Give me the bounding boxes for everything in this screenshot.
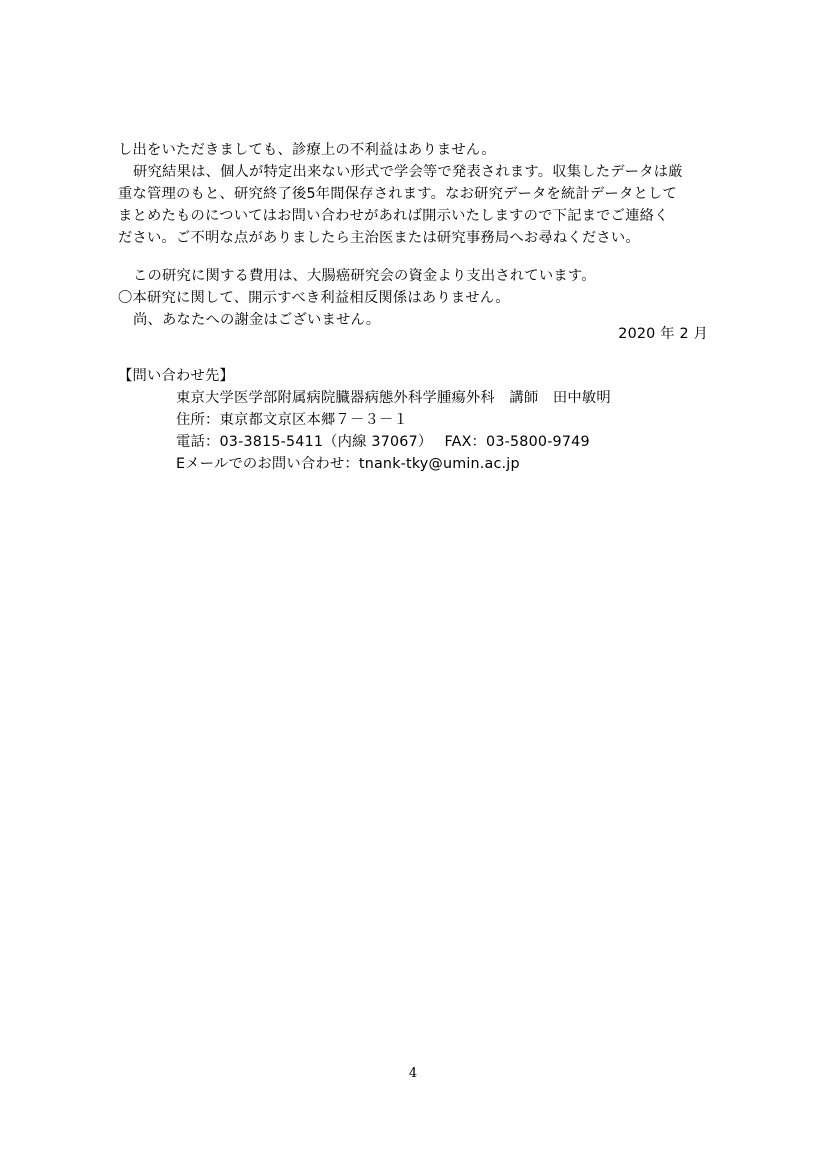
contact-address: 住所：東京都文京区本郷７－３－１ xyxy=(176,409,408,431)
results-paragraph-line: ださい。ご不明な点がありましたら主治医または研究事務局へお尋ねください。 xyxy=(118,227,640,249)
results-paragraph-line: まとめたものについてはお問い合わせがあれば開示いたしますので下記までご連絡く xyxy=(118,205,669,227)
page-number: 4 xyxy=(0,1066,826,1081)
contact-email: Eメールでのお問い合わせ：tnank-tky@umin.ac.jp xyxy=(176,453,520,475)
contact-heading: 【問い合わせ先】 xyxy=(118,365,234,387)
results-paragraph-line: 重な管理のもと、研究終了後5年間保存されます。なお研究データを統計データとして xyxy=(118,183,677,205)
reward-statement: 尚、あなたへの謝金はございません。 xyxy=(133,309,380,331)
results-paragraph-line: 研究結果は、個人が特定出来ない形式で学会等で発表されます。収集したデータは厳 xyxy=(133,161,683,183)
contact-phone-fax: 電話：03-3815-5411（内線 37067） FAX：03-5800-97… xyxy=(176,431,590,453)
conflict-of-interest-statement: 〇本研究に関して、開示すべき利益相反関係はありません。 xyxy=(118,287,510,309)
funding-statement: この研究に関する費用は、大腸癌研究会の資金より支出されています。 xyxy=(133,265,596,287)
paragraph-continuation: し出をいただきましても、診療上の不利益はありません。 xyxy=(118,139,496,161)
document-date: 2020 年 2 月 xyxy=(618,323,708,345)
contact-affiliation: 東京大学医学部附属病院臓器病態外科学腫瘍外科 講師 田中敏明 xyxy=(176,387,611,409)
